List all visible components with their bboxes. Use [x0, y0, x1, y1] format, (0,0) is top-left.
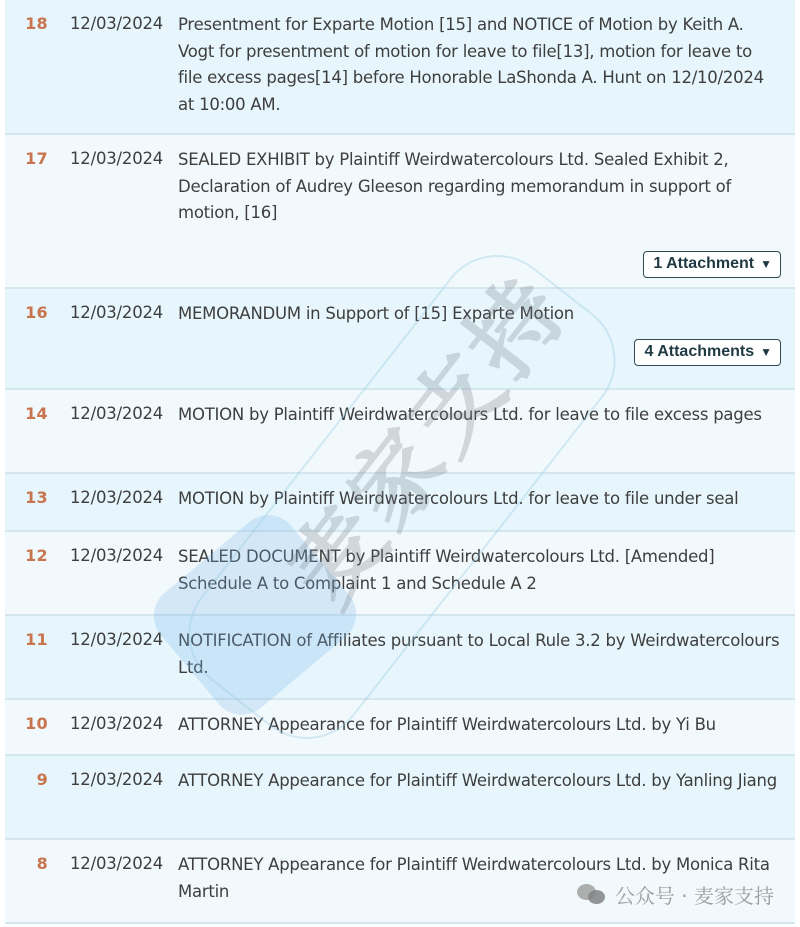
docket-entries-table: 18 12/03/2024 Presentment for Exparte Mo… [5, 0, 795, 924]
entry-description: NOTIFICATION of Affiliates pursuant to L… [178, 628, 781, 681]
entry-number[interactable]: 11 [5, 630, 48, 649]
entry-date: 12/03/2024 [70, 770, 163, 789]
docket-row: 18 12/03/2024 Presentment for Exparte Mo… [5, 0, 795, 135]
entry-description: ATTORNEY Appearance for Plaintiff Weirdw… [178, 852, 781, 905]
entry-number[interactable]: 14 [5, 404, 48, 423]
attachments-label: 4 Attachments [644, 341, 754, 363]
entry-number[interactable]: 12 [5, 546, 48, 565]
entry-number[interactable]: 13 [5, 488, 48, 507]
docket-row: 10 12/03/2024 ATTORNEY Appearance for Pl… [5, 700, 795, 756]
entry-description: MOTION by Plaintiff Weirdwatercolours Lt… [178, 402, 781, 429]
docket-row: 16 12/03/2024 MEMORANDUM in Support of [… [5, 289, 795, 390]
entry-description: MEMORANDUM in Support of [15] Exparte Mo… [178, 301, 781, 328]
entry-date: 12/03/2024 [70, 714, 163, 733]
caret-down-icon: ▼ [760, 341, 772, 363]
docket-row: 8 12/03/2024 ATTORNEY Appearance for Pla… [5, 840, 795, 924]
docket-row: 11 12/03/2024 NOTIFICATION of Affiliates… [5, 616, 795, 700]
docket-row: 14 12/03/2024 MOTION by Plaintiff Weirdw… [5, 390, 795, 474]
entry-number[interactable]: 18 [5, 14, 48, 33]
entry-date: 12/03/2024 [70, 149, 163, 168]
entry-description: ATTORNEY Appearance for Plaintiff Weirdw… [178, 712, 781, 739]
docket-row: 9 12/03/2024 ATTORNEY Appearance for Pla… [5, 756, 795, 840]
entry-date: 12/03/2024 [70, 630, 163, 649]
entry-date: 12/03/2024 [70, 854, 163, 873]
entry-description: SEALED EXHIBIT by Plaintiff Weirdwaterco… [178, 147, 781, 227]
entry-number[interactable]: 10 [5, 714, 48, 733]
entry-date: 12/03/2024 [70, 404, 163, 423]
entry-number[interactable]: 16 [5, 303, 48, 322]
docket-row: 17 12/03/2024 SEALED EXHIBIT by Plaintif… [5, 135, 795, 289]
entry-description: ATTORNEY Appearance for Plaintiff Weirdw… [178, 768, 781, 795]
entry-number[interactable]: 17 [5, 149, 48, 168]
entry-date: 12/03/2024 [70, 303, 163, 322]
entry-number[interactable]: 9 [5, 770, 48, 789]
entry-description: Presentment for Exparte Motion [15] and … [178, 12, 781, 118]
entry-date: 12/03/2024 [70, 14, 163, 33]
attachments-label: 1 Attachment [653, 253, 754, 275]
entry-date: 12/03/2024 [70, 546, 163, 565]
entry-description: SEALED DOCUMENT by Plaintiff Weirdwaterc… [178, 544, 781, 597]
attachments-dropdown-button[interactable]: 4 Attachments ▼ [634, 339, 781, 366]
entry-number[interactable]: 8 [5, 854, 48, 873]
caret-down-icon: ▼ [760, 253, 772, 275]
docket-row: 12 12/03/2024 SEALED DOCUMENT by Plainti… [5, 532, 795, 616]
docket-row: 13 12/03/2024 MOTION by Plaintiff Weirdw… [5, 474, 795, 532]
attachments-dropdown-button[interactable]: 1 Attachment ▼ [643, 251, 781, 278]
entry-description: MOTION by Plaintiff Weirdwatercolours Lt… [178, 486, 781, 513]
entry-date: 12/03/2024 [70, 488, 163, 507]
